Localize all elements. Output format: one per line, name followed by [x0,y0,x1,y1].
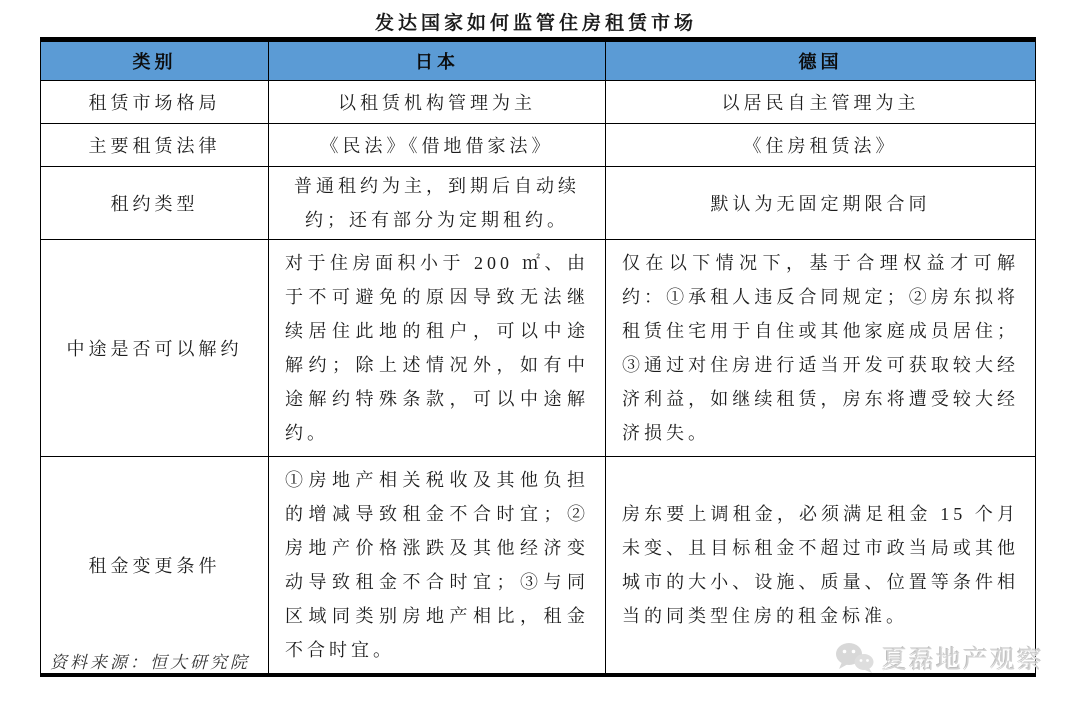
table-header-row: 类别 日本 德国 [41,40,1036,81]
comparison-table: 类别 日本 德国 租赁市场格局 以租赁机构管理为主 以居民自主管理为主 主要租赁… [40,37,1036,677]
wechat-icon [834,641,876,675]
page-title: 发达国家如何监管住房租赁市场 [0,8,1072,35]
cell-germany: 以居民自主管理为主 [606,81,1036,124]
source-note: 资料来源：恒大研究院 [50,648,250,673]
cell-category: 主要租赁法律 [41,124,269,167]
cell-category: 租赁市场格局 [41,81,269,124]
table-row-early-termination: 中途是否可以解约 对于住房面积小于 200 ㎡、由于不可避免的原因导致无法继续居… [41,240,1036,457]
watermark-text: 夏磊地产观察 [882,640,1044,676]
cell-japan: 《民法》《借地借家法》 [269,124,606,167]
header-category: 类别 [41,40,269,81]
header-japan: 日本 [269,40,606,81]
cell-germany: 仅在以下情况下，基于合理权益才可解约：①承租人违反合同规定；②房东拟将租赁住宅用… [606,240,1036,457]
cell-japan: 普通租约为主，到期后自动续约；还有部分为定期租约。 [269,167,606,240]
table-row-lease-type: 租约类型 普通租约为主，到期后自动续约；还有部分为定期租约。 默认为无固定期限合… [41,167,1036,240]
cell-germany: 默认为无固定期限合同 [606,167,1036,240]
watermark: 夏磊地产观察 [834,640,1044,676]
cell-category: 租金变更条件 [41,457,269,676]
page: 发达国家如何监管住房租赁市场 类别 日本 德国 租赁市场格局 以租赁机构管理为主… [0,0,1072,703]
cell-category: 中途是否可以解约 [41,240,269,457]
cell-japan: 以租赁机构管理为主 [269,81,606,124]
cell-japan: ①房地产相关税收及其他负担的增减导致租金不合时宜；②房地产价格涨跌及其他经济变动… [269,457,606,676]
cell-germany: 《住房租赁法》 [606,124,1036,167]
table-row-main-laws: 主要租赁法律 《民法》《借地借家法》 《住房租赁法》 [41,124,1036,167]
table-row-market-structure: 租赁市场格局 以租赁机构管理为主 以居民自主管理为主 [41,81,1036,124]
header-germany: 德国 [606,40,1036,81]
cell-category: 租约类型 [41,167,269,240]
cell-japan: 对于住房面积小于 200 ㎡、由于不可避免的原因导致无法继续居住此地的租户，可以… [269,240,606,457]
